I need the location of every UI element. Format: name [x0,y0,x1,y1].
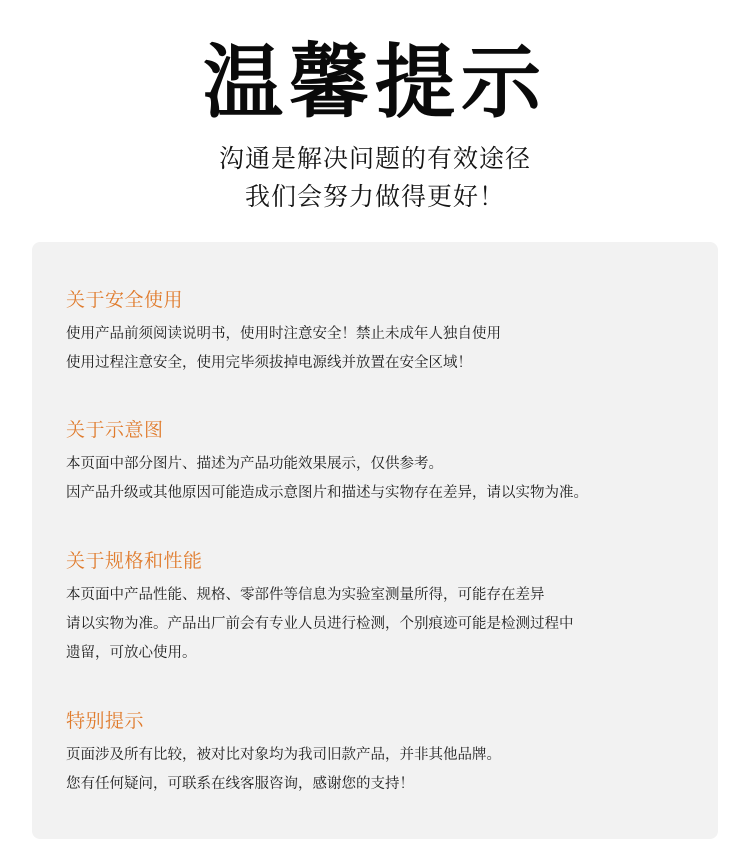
section-special-notice: 特别提示 页面涉及所有比较，被对比对象均为我司旧款产品，并非其他品牌。 您有任何… [66,708,706,799]
section-text: 页面涉及所有比较，被对比对象均为我司旧款产品，并非其他品牌。 [66,741,706,770]
section-text: 请以实物为准。产品出厂前会有专业人员进行检测，个别痕迹可能是检测过程中 [66,610,706,639]
section-title: 关于安全使用 [66,287,706,313]
section-text: 使用产品前须阅读说明书，使用时注意安全！禁止未成年人独自使用 [66,320,706,349]
section-title: 特别提示 [66,708,706,734]
page-title: 温馨提示 [0,38,750,128]
section-safety: 关于安全使用 使用产品前须阅读说明书，使用时注意安全！禁止未成年人独自使用 使用… [66,287,706,378]
section-illustrations: 关于示意图 本页面中部分图片、描述为产品功能效果展示，仅供参考。 因产品升级或其… [66,417,706,508]
section-text: 您有任何疑问，可联系在线客服咨询，感谢您的支持！ [66,770,706,799]
section-title: 关于示意图 [66,417,706,443]
section-text: 使用过程注意安全，使用完毕须拔掉电源线并放置在安全区域！ [66,349,706,378]
section-text: 本页面中产品性能、规格、零部件等信息为实验室测量所得，可能存在差异 [66,581,706,610]
subtitle-line-2: 我们会努力做得更好！ [0,180,750,214]
subtitle-line-1: 沟通是解决问题的有效途径 [0,142,750,176]
section-text: 遗留，可放心使用。 [66,639,706,668]
section-text: 因产品升级或其他原因可能造成示意图片和描述与实物存在差异，请以实物为准。 [66,479,706,508]
section-title: 关于规格和性能 [66,548,706,574]
notice-panel: 关于安全使用 使用产品前须阅读说明书，使用时注意安全！禁止未成年人独自使用 使用… [32,242,718,839]
section-specs: 关于规格和性能 本页面中产品性能、规格、零部件等信息为实验室测量所得，可能存在差… [66,548,706,668]
section-text: 本页面中部分图片、描述为产品功能效果展示，仅供参考。 [66,450,706,479]
